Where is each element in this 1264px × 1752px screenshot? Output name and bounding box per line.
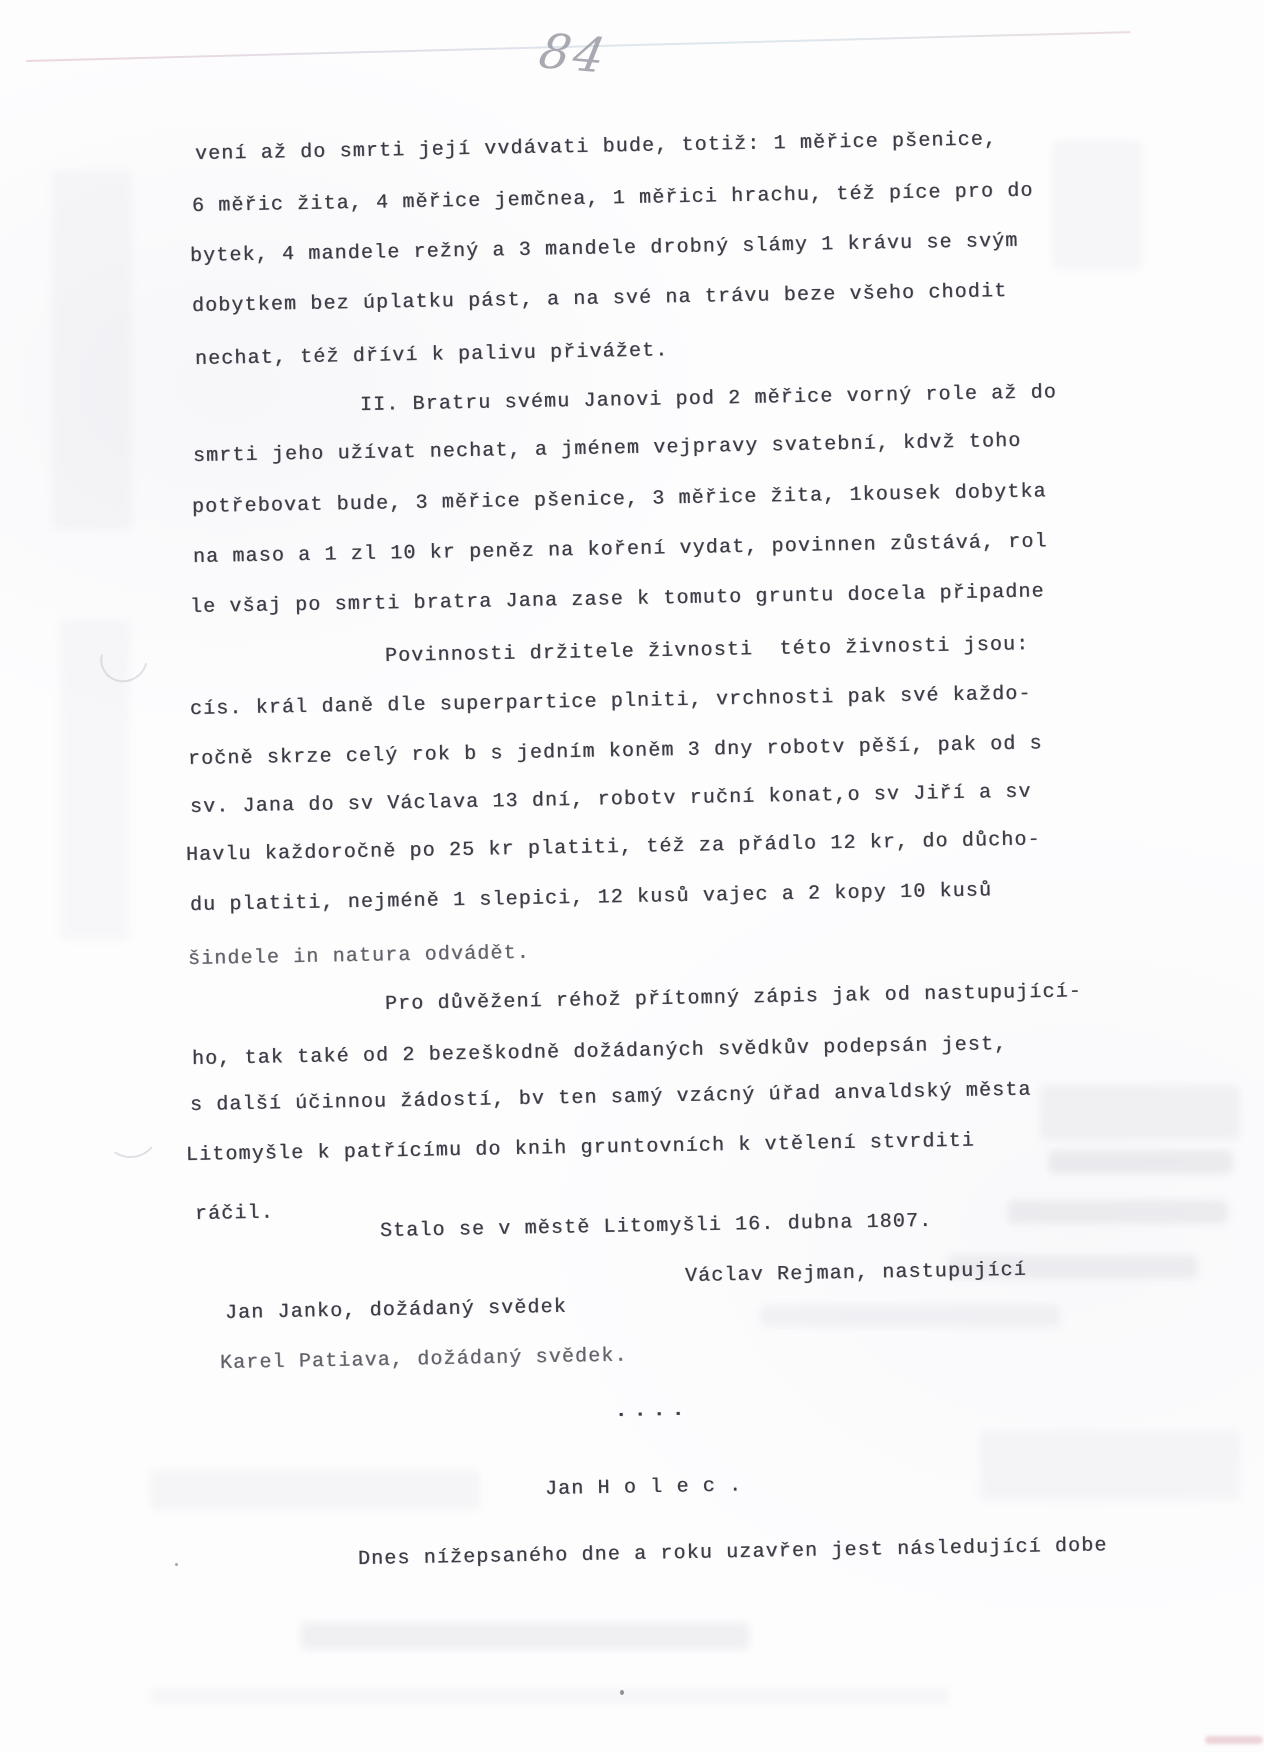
document-line: sv. Jana do sv Václava 13 dní, robotv ru… xyxy=(190,781,1032,819)
ink-dot xyxy=(175,1563,178,1566)
document-line: Stalo se v městě Litomyšli 16. dubna 180… xyxy=(380,1210,933,1243)
bleed-through-smudge xyxy=(150,1688,950,1704)
document-line: II. Bratru svému Janovi pod 2 měřice vor… xyxy=(360,381,1057,417)
bleed-through-smudge xyxy=(60,620,130,940)
bleed-through-smudge xyxy=(1040,1085,1240,1140)
document-line: Litomyšle k patřícímu do knih gruntovníc… xyxy=(186,1130,975,1167)
document-line: Povinnosti držitele živnosti této živnos… xyxy=(385,633,1030,668)
document-line: smrti jeho užívat nechat, a jménem vejpr… xyxy=(193,430,1022,468)
document-line: le všaj po smrti bratra Jana zase k tomu… xyxy=(190,580,1045,619)
hole-punch-mark xyxy=(101,1104,161,1161)
scan-color-smear xyxy=(1205,1736,1263,1744)
document-line: Jan H o l e c . xyxy=(545,1474,743,1501)
bleed-through-smudge xyxy=(1008,1200,1228,1224)
bleed-through-smudge xyxy=(150,1470,480,1510)
document-line: na maso a 1 zl 10 kr peněz na koření vyd… xyxy=(193,530,1048,569)
ink-dot xyxy=(620,1690,624,1695)
bleed-through-smudge xyxy=(300,1622,750,1650)
scanned-document-page: 84 vení až do smrti její vvdávati bude, … xyxy=(0,0,1264,1752)
bleed-through-smudge xyxy=(760,1305,1060,1327)
document-line: šindele in natura odvádět. xyxy=(188,942,530,971)
document-line: bytek, 4 mandele režný a 3 mandele drobn… xyxy=(190,230,1019,268)
bleed-through-smudge xyxy=(1052,140,1142,270)
document-line: dobytkem bez úplatku pást, a na své na t… xyxy=(192,280,1008,318)
document-line: Václav Rejman, nastupující xyxy=(685,1259,1027,1288)
document-line: vení až do smrti její vvdávati bude, tot… xyxy=(195,128,998,166)
document-line: ho, tak také od 2 bezeškodně dožádaných … xyxy=(192,1033,1008,1071)
bleed-through-smudge xyxy=(980,1430,1240,1500)
document-line: cís. král daně dle superpartice plniti, … xyxy=(190,683,1032,721)
document-line: du platiti, nejméně 1 slepici, 12 kusů v… xyxy=(190,879,993,917)
document-line: 6 měřic žita, 4 měřice jemčnea, 1 měřici… xyxy=(192,180,1034,218)
document-line: Karel Patiava, dožádaný svědek. xyxy=(220,1345,628,1375)
document-line: ročně skrze celý rok b s jedním koněm 3 … xyxy=(188,732,1043,771)
document-line: .... xyxy=(615,1399,691,1423)
bleed-through-smudge xyxy=(52,170,132,530)
page-number: 84 xyxy=(535,23,613,84)
document-line: nechat, též dříví k palivu přivážet. xyxy=(195,339,669,371)
document-line: ráčil. xyxy=(195,1202,274,1226)
document-line: Dnes nížepsaného dne a roku uzavřen jest… xyxy=(358,1534,1108,1571)
bleed-through-smudge xyxy=(1048,1150,1233,1174)
document-line: Havlu každoročně po 25 kr platiti, též z… xyxy=(186,828,1041,867)
document-line: Jan Janko, dožádaný svědek xyxy=(225,1296,567,1325)
document-line: s další účinnou žádostí, bv ten samý vzá… xyxy=(190,1079,1032,1117)
document-line: potřebovat bude, 3 měřice pšenice, 3 měř… xyxy=(192,480,1047,519)
document-line: Pro důvěžení réhož přítomný zápis jak od… xyxy=(385,980,1082,1016)
